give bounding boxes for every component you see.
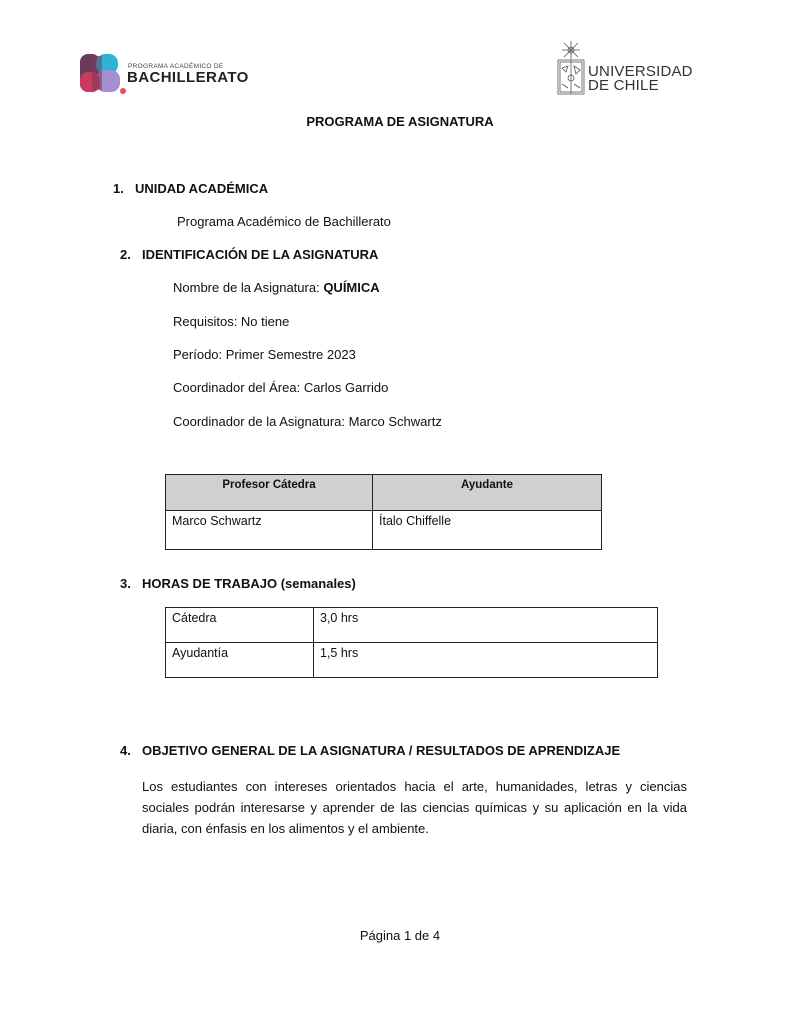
objective-paragraph: Los estudiantes con intereses orientados… <box>142 776 687 839</box>
table-header-cell: Ayudante <box>373 475 602 511</box>
field-value: QUÍMICA <box>323 280 379 295</box>
table-cell: 1,5 hrs <box>314 643 658 678</box>
section-title: UNIDAD ACADÉMICA <box>135 181 268 196</box>
bachillerato-logo: PROGRAMA ACADÉMICO DE BACHILLERATO <box>80 54 250 96</box>
university-name: UNIVERSIDAD DE CHILE <box>588 65 693 93</box>
bachillerato-logo-icon <box>80 54 126 94</box>
table-cell: Cátedra <box>166 608 314 643</box>
section-1-heading: 1.UNIDAD ACADÉMICA <box>113 181 268 196</box>
field-requirements: Requisitos: No tiene <box>173 314 289 329</box>
table-cell: Ayudantía <box>166 643 314 678</box>
table-header-row: Profesor Cátedra Ayudante <box>166 475 602 511</box>
field-value: Carlos Garrido <box>304 380 389 395</box>
field-period: Período: Primer Semestre 2023 <box>173 347 356 362</box>
section-title: OBJETIVO GENERAL DE LA ASIGNATURA / RESU… <box>142 743 620 758</box>
academic-unit-text: Programa Académico de Bachillerato <box>177 214 391 229</box>
table-header-cell: Profesor Cátedra <box>166 475 373 511</box>
section-title: IDENTIFICACIÓN DE LA ASIGNATURA <box>142 247 378 262</box>
section-4-heading: 4.OBJETIVO GENERAL DE LA ASIGNATURA / RE… <box>120 743 620 758</box>
section-3-heading: 3.HORAS DE TRABAJO (semanales) <box>120 576 356 591</box>
section-number: 2. <box>120 247 142 262</box>
field-label: Nombre de la Asignatura: <box>173 280 323 295</box>
section-title-suffix: (semanales) <box>277 576 356 591</box>
field-label: Requisitos: <box>173 314 241 329</box>
logo-title: BACHILLERATO <box>127 69 249 86</box>
field-course-coordinator: Coordinador de la Asignatura: Marco Schw… <box>173 414 442 429</box>
field-value: Marco Schwartz <box>349 414 442 429</box>
universidad-de-chile-logo: UNIVERSIDAD DE CHILE <box>556 40 696 98</box>
section-number: 4. <box>120 743 142 758</box>
field-value: Primer Semestre 2023 <box>226 347 356 362</box>
table-row: Marco Schwartz Ítalo Chiffelle <box>166 511 602 550</box>
field-label: Coordinador del Área: <box>173 380 304 395</box>
hours-table: Cátedra 3,0 hrs Ayudantía 1,5 hrs <box>165 607 658 678</box>
table-cell: 3,0 hrs <box>314 608 658 643</box>
field-label: Coordinador de la Asignatura: <box>173 414 349 429</box>
table-cell: Marco Schwartz <box>166 511 373 550</box>
field-value: No tiene <box>241 314 289 329</box>
section-number: 1. <box>113 181 135 196</box>
section-2-heading: 2.IDENTIFICACIÓN DE LA ASIGNATURA <box>120 247 378 262</box>
table-cell: Ítalo Chiffelle <box>373 511 602 550</box>
table-row: Cátedra 3,0 hrs <box>166 608 658 643</box>
university-name-line2: DE CHILE <box>588 79 693 93</box>
page-number: Página 1 de 4 <box>0 928 800 943</box>
field-label: Período: <box>173 347 226 362</box>
document-title: PROGRAMA DE ASIGNATURA <box>0 114 800 129</box>
field-area-coordinator: Coordinador del Área: Carlos Garrido <box>173 380 388 395</box>
table-row: Ayudantía 1,5 hrs <box>166 643 658 678</box>
field-course-name: Nombre de la Asignatura: QUÍMICA <box>173 280 380 295</box>
staff-table: Profesor Cátedra Ayudante Marco Schwartz… <box>165 474 602 550</box>
section-number: 3. <box>120 576 142 591</box>
university-crest-icon <box>556 40 586 96</box>
section-title: HORAS DE TRABAJO <box>142 576 277 591</box>
